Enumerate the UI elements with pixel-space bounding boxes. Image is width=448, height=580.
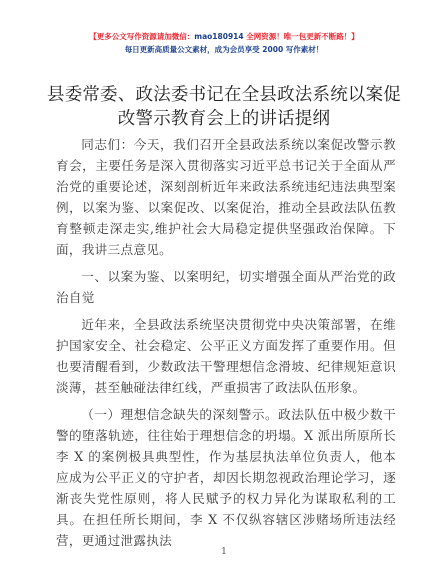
document-page: 【更多公文写作资源请加微信：mao180914 全网资源！唯一包更新不断路！】 …	[0, 0, 448, 580]
document-title: 县委常委、政法委书记在全县政法系统以案促 改警示教育会上的讲话提纲	[40, 83, 408, 131]
document-body: 同志们：今天，我们召开全县政法系统以案促改警示教育会，主要任务是深入贯彻落实习近…	[56, 134, 396, 551]
promo-banner-line2: 每日更新高质量公文素材，成为会员享受 2000 写作素材！	[0, 43, 448, 56]
promo-wechat-id: mao180914	[194, 32, 243, 41]
promo-text-red-start: 【更多公文写作资源请加微信：	[89, 32, 194, 41]
subsection-1: （一）理想信念缺失的深刻警示。政法队伍中极少数干警的堕落轨迹，往往始于理想信念的…	[56, 404, 396, 551]
paragraph-opening: 同志们：今天，我们召开全县政法系统以案促改警示教育会，主要任务是深入贯彻落实习近…	[56, 134, 396, 260]
title-line-2: 改警示教育会上的讲话提纲	[40, 107, 408, 131]
paragraph-context: 近年来，全县政法系统坚决贯彻党中央决策部署，在维护国家安全、社会稳定、公平正义方…	[56, 314, 396, 398]
promo-banner-line1: 【更多公文写作资源请加微信：mao180914 全网资源！唯一包更新不断路！】	[0, 30, 448, 43]
title-line-1: 县委常委、政法委书记在全县政法系统以案促	[40, 83, 408, 107]
promo-text-red-end: 全网资源！唯一包更新不断路！】	[244, 32, 359, 41]
promo-banner: 【更多公文写作资源请加微信：mao180914 全网资源！唯一包更新不断路！】 …	[0, 30, 448, 56]
page-number: 1	[0, 547, 448, 557]
section-heading-1: 一、以案为鉴、以案明纪，切实增强全面从严治党的政治自觉	[56, 266, 396, 308]
